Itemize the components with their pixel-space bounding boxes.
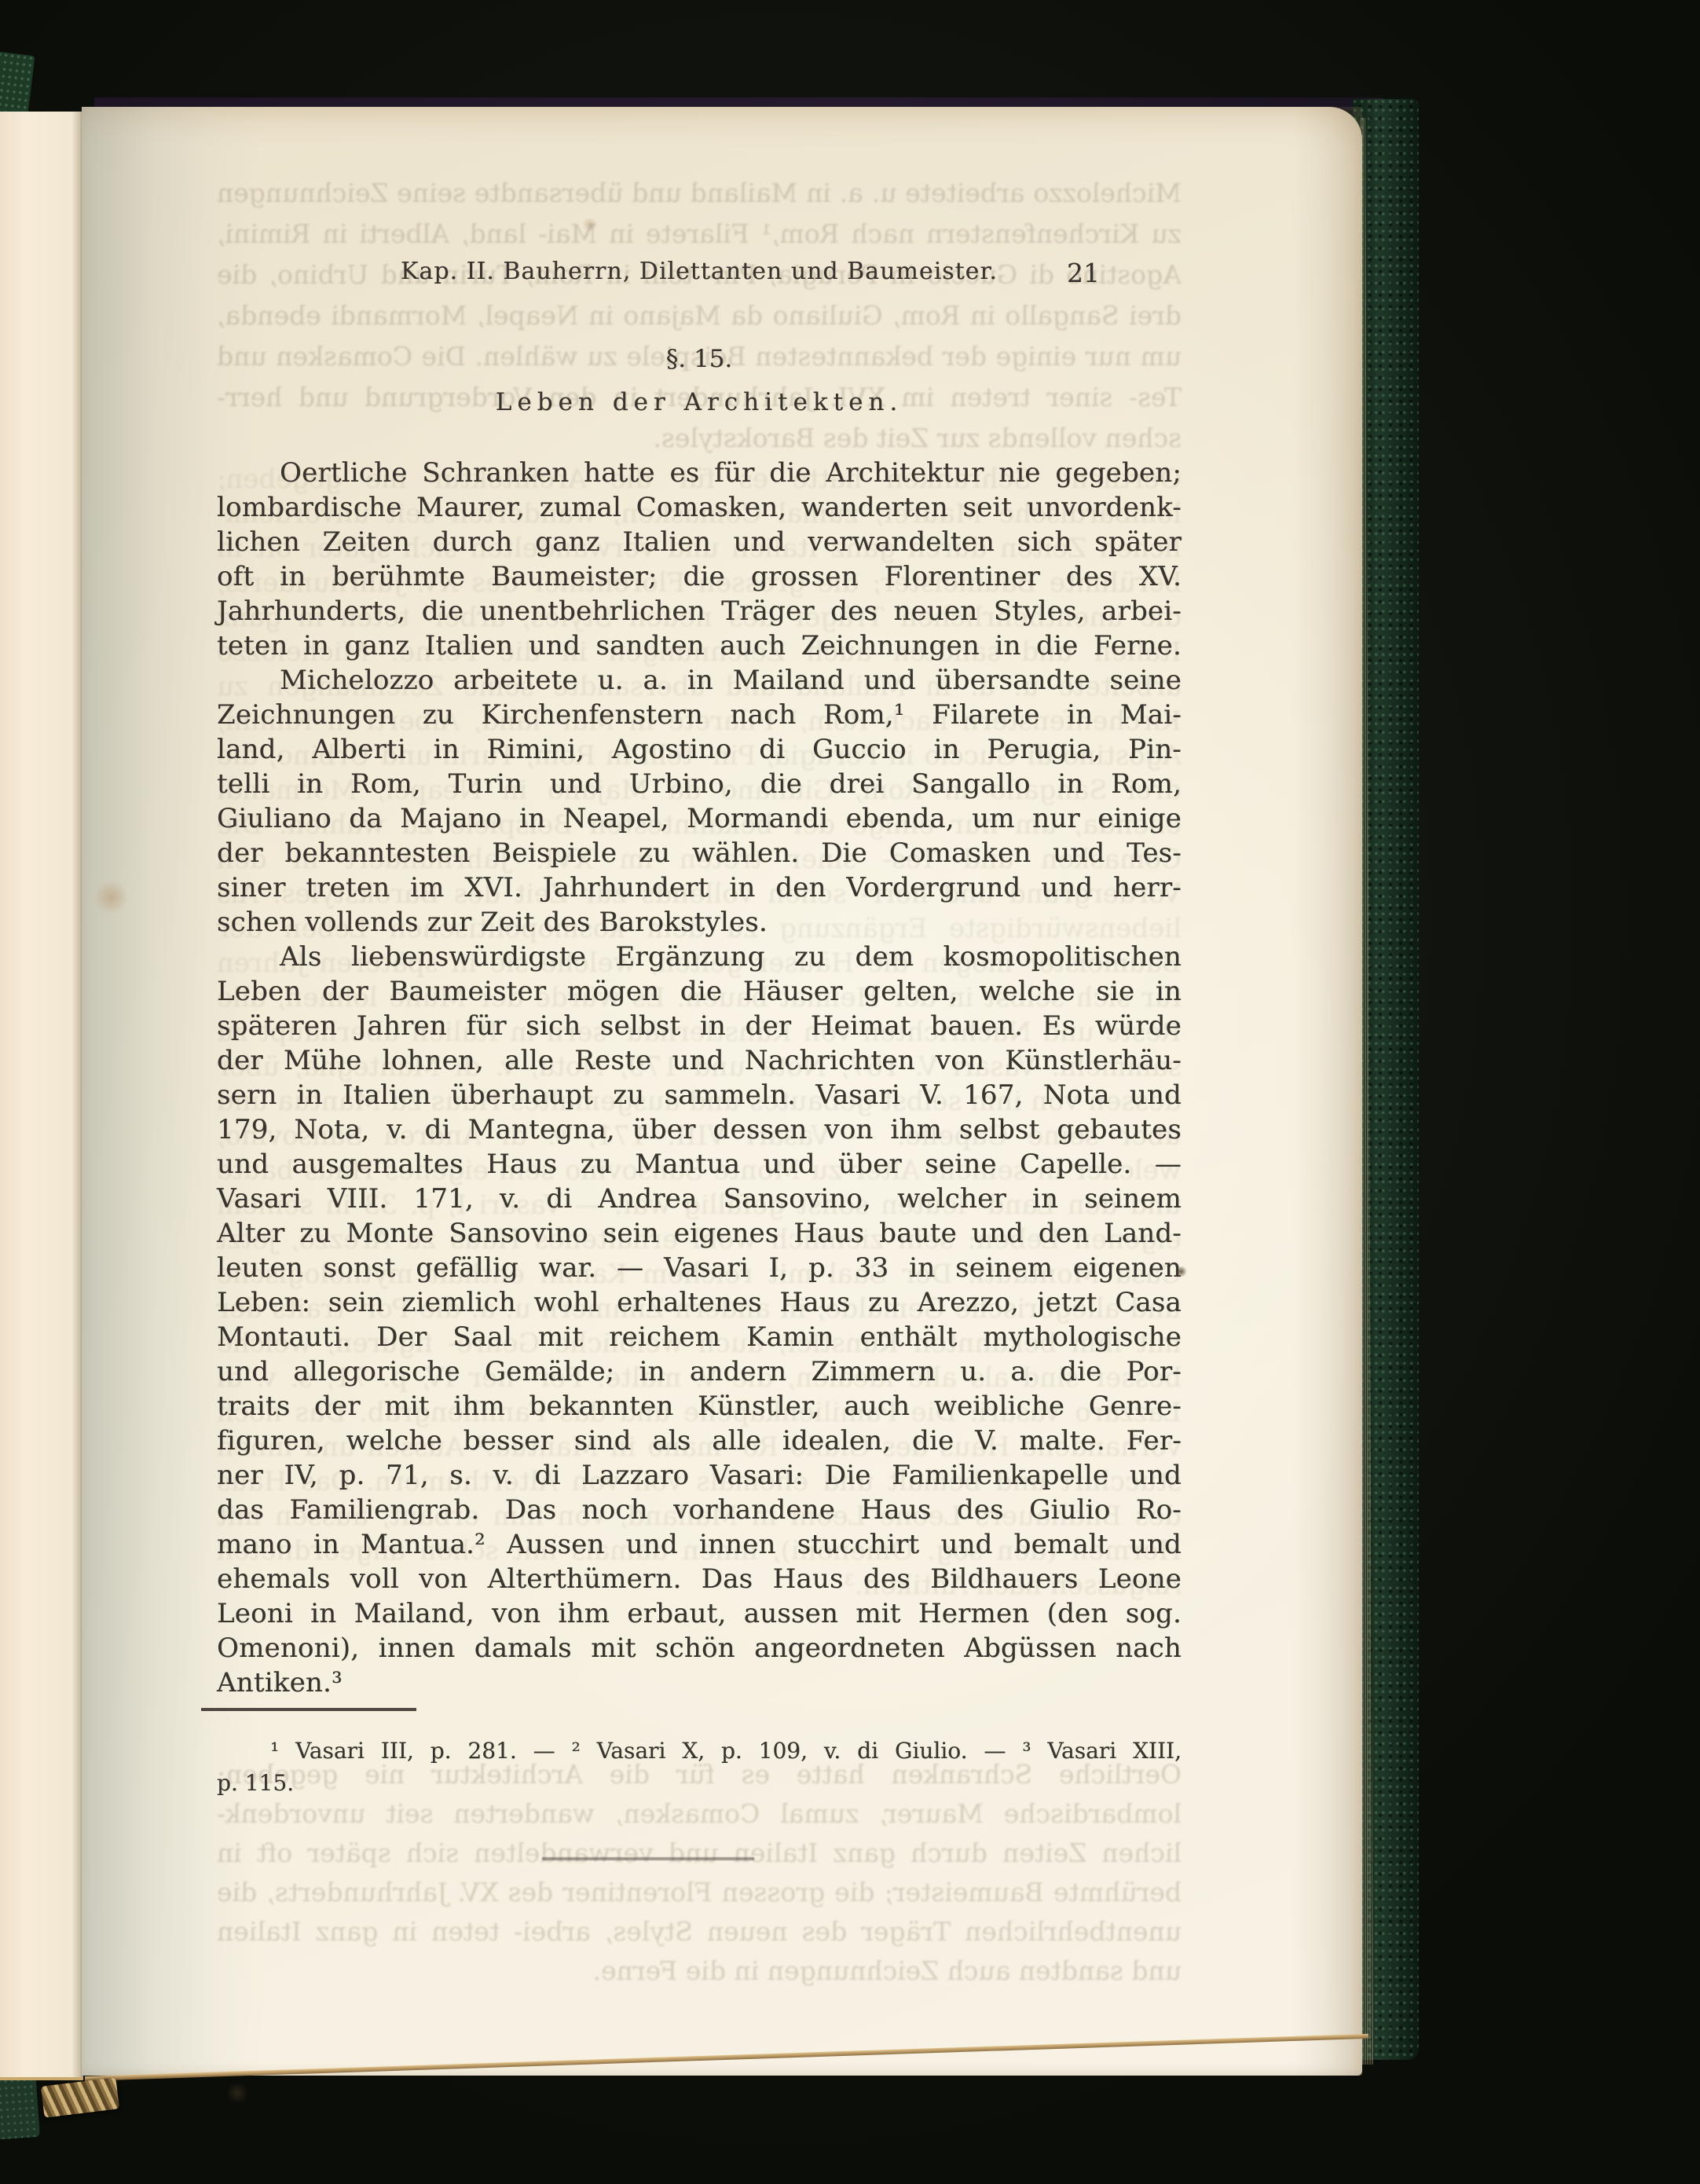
page-curve-shadow <box>1291 107 1362 2076</box>
section-title: Leben der Architekten. <box>217 388 1182 416</box>
body-text: Oertliche Schranken hatte es für die Arc… <box>217 456 1182 1700</box>
text-line: späteren Jahren für sich selbst in der H… <box>217 1009 1182 1043</box>
text-line: Zeichnungen zu Kirchenfenstern nach Rom,… <box>217 698 1182 732</box>
text-line: ner IV, p. 71, s. v. di Lazzaro Vasari: … <box>217 1458 1182 1493</box>
text-line: telli in Rom, Turin und Urbino, die drei… <box>217 767 1182 801</box>
text-line: traits der mit ihm bekannten Künstler, a… <box>217 1389 1182 1424</box>
text-line: Vasari VIII. 171, v. di Andrea Sansovino… <box>217 1182 1182 1216</box>
text-line: der Mühe lohnen, alle Reste und Nachrich… <box>217 1043 1182 1078</box>
text-line: Omenoni), innen damals mit schön angeord… <box>217 1631 1182 1665</box>
book-page: Michelozzo arbeitete u. a. in Mailand un… <box>82 107 1362 2076</box>
paper-stain <box>93 881 130 913</box>
text-line: Leoni in Mailand, von ihm erbaut, aussen… <box>217 1596 1182 1631</box>
text-line: Jahrhunderts, die unentbehrlichen Träger… <box>217 594 1182 628</box>
text-line: oft in berühmte Baumeister; die grossen … <box>217 559 1182 594</box>
text-line: figuren, welche besser sind als alle ide… <box>217 1424 1182 1458</box>
running-head: Kap. II. Bauherrn, Dilettanten und Baume… <box>217 258 1182 297</box>
footnote-line: ¹ Vasari III, p. 281. — ² Vasari X, p. 1… <box>217 1735 1182 1767</box>
paragraph: Als liebenswürdigste Ergänzung zu dem ko… <box>217 940 1182 1700</box>
text-line: Antiken.³ <box>217 1665 1182 1700</box>
bleedthrough-text: Oertliche Schranken hatte es für die Arc… <box>217 1755 1182 2055</box>
text-line: Leben der Baumeister mögen die Häuser ge… <box>217 974 1182 1009</box>
text-line: Montauti. Der Saal mit reichem Kamin ent… <box>217 1320 1182 1354</box>
paragraph: Michelozzo arbeitete u. a. in Mailand un… <box>217 663 1182 940</box>
text-line: und ausgemaltes Haus zu Mantua und über … <box>217 1147 1182 1182</box>
text-line: und allegorische Gemälde; in andern Zimm… <box>217 1354 1182 1389</box>
book-headband <box>41 2077 119 2117</box>
text-line: ehemals voll von Alterthümern. Das Haus … <box>217 1562 1182 1596</box>
text-line: das Familiengrab. Das noch vorhandene Ha… <box>217 1493 1182 1527</box>
text-line: Alter zu Monte Sansovino sein eigenes Ha… <box>217 1216 1182 1251</box>
paper-stain <box>225 2083 250 2102</box>
running-header-title: Kap. II. Bauherrn, Dilettanten und Baume… <box>217 258 1182 285</box>
page-number: 21 <box>1067 258 1100 288</box>
paragraph: Oertliche Schranken hatte es für die Arc… <box>217 456 1182 663</box>
text-line: sern in Italien überhaupt zu sammeln. Va… <box>217 1078 1182 1112</box>
footnote-separator <box>201 1708 416 1711</box>
text-line: schen vollends zur Zeit des Barokstyles. <box>217 905 1182 940</box>
bleedthrough-footnote-rule <box>542 1857 754 1860</box>
text-line: 179, Nota, v. di Mantegna, über dessen v… <box>217 1112 1182 1147</box>
text-line: Giuliano da Majano in Neapel, Mormandi e… <box>217 801 1182 836</box>
bleedthrough-text: Michelozzo arbeitete u. a. in Mailand un… <box>217 173 1182 462</box>
text-line: teten in ganz Italien und sandten auch Z… <box>217 628 1182 663</box>
text-line: Leben: sein ziemlich wohl erhaltenes Hau… <box>217 1285 1182 1320</box>
text-line: Michelozzo arbeitete u. a. in Mailand un… <box>217 663 1182 698</box>
facing-page-edge <box>0 112 83 2080</box>
text-line: lichen Zeiten durch ganz Italien und ver… <box>217 525 1182 559</box>
footnote-line: p. 115. <box>217 1767 1182 1799</box>
book-cover-corner <box>0 51 35 116</box>
section-number: §. 15. <box>217 345 1182 373</box>
text-line: leuten sonst gefällig war. — Vasari I, p… <box>217 1251 1182 1285</box>
footnote: ¹ Vasari III, p. 281. — ² Vasari X, p. 1… <box>217 1735 1182 1799</box>
text-line: Als liebenswürdigste Ergänzung zu dem ko… <box>217 940 1182 974</box>
text-line: land, Alberti in Rimini, Agostino di Guc… <box>217 732 1182 767</box>
text-line: Oertliche Schranken hatte es für die Arc… <box>217 456 1182 490</box>
text-line: siner treten im XVI. Jahrhundert in den … <box>217 870 1182 905</box>
text-line: lombardische Maurer, zumal Comasken, wan… <box>217 490 1182 525</box>
text-line: der bekanntesten Beispiele zu wählen. Di… <box>217 836 1182 870</box>
book-photo: Michelozzo arbeitete u. a. in Mailand un… <box>0 0 1700 2184</box>
text-line: mano in Mantua.² Aussen und innen stucch… <box>217 1527 1182 1562</box>
